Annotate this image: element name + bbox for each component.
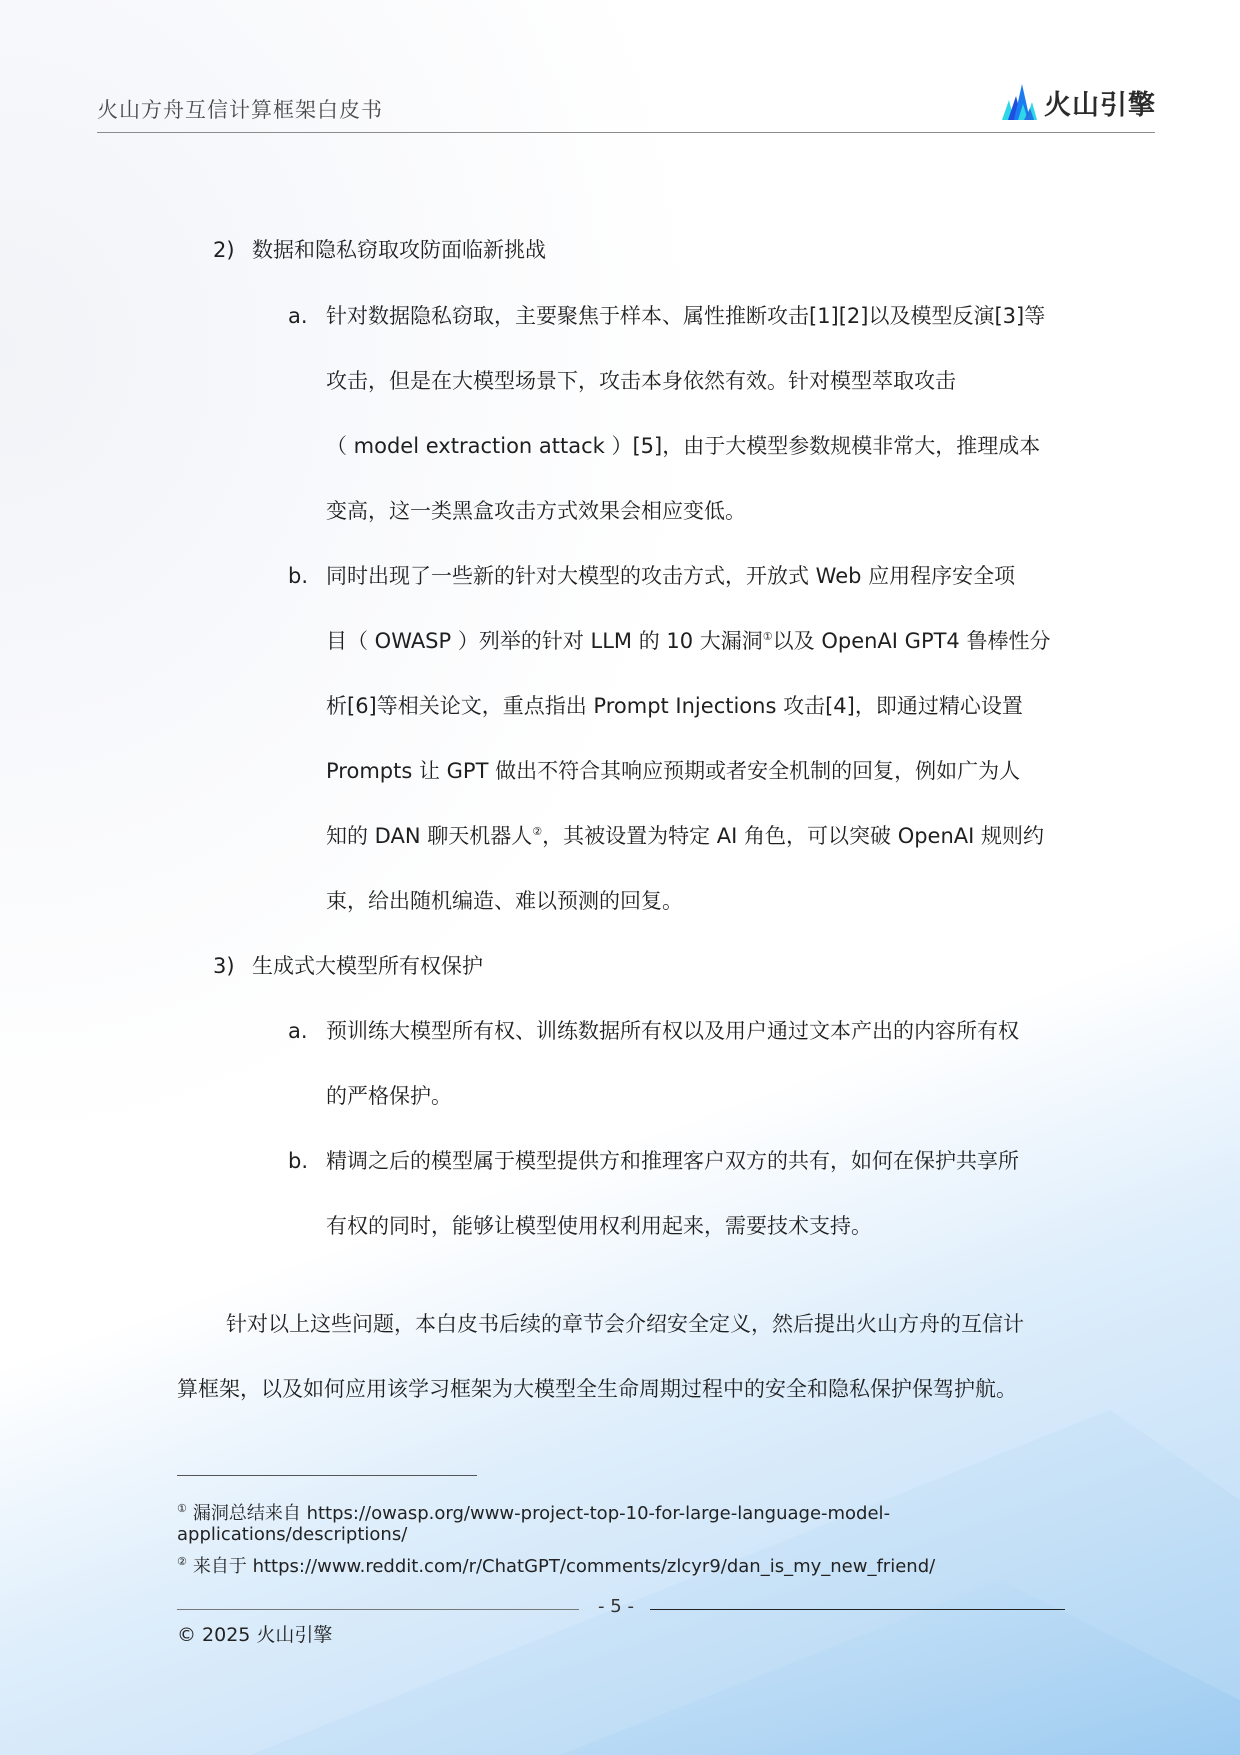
list-item-line: 析[6]等相关论文，重点指出 Prompt Injections 攻击[4]，即… bbox=[326, 692, 1023, 720]
header-title: 火山方舟互信计算框架白皮书 bbox=[97, 94, 383, 124]
text-segment: ，其被设置为特定 AI 角色，可以突破 OpenAI 规则约 bbox=[542, 824, 1044, 848]
footer-divider-right bbox=[650, 1609, 1065, 1610]
list-marker: a. bbox=[288, 302, 308, 330]
footnote-mark: ② bbox=[177, 1555, 187, 1568]
footnote-mark: ① bbox=[177, 1502, 187, 1515]
list-item-line: Prompts 让 GPT 做出不符合其响应预期或者安全机制的回复，例如广为人 bbox=[326, 757, 1020, 785]
list-item-line: 预训练大模型所有权、训练数据所有权以及用户通过文本产出的内容所有权 bbox=[326, 1017, 1019, 1045]
footnote-divider bbox=[177, 1475, 477, 1476]
list-marker: b. bbox=[288, 1147, 308, 1175]
copyright: © 2025 火山引擎 bbox=[177, 1620, 332, 1647]
list-marker: 3) bbox=[213, 952, 235, 980]
footnote-text[interactable]: 漏洞总结来自 https://owasp.org/www-project-top… bbox=[193, 1503, 890, 1524]
list-item-line: （ model extraction attack ）[5]，由于大模型参数规模… bbox=[326, 432, 1040, 460]
paragraph-line: 算框架，以及如何应用该学习框架为大模型全生命周期过程中的安全和隐私保护保驾护航。 bbox=[177, 1375, 1017, 1403]
list-item-line: 变高，这一类黑盒攻击方式效果会相应变低。 bbox=[326, 497, 746, 525]
list-marker: 2) bbox=[213, 236, 235, 264]
text-segment: 知的 DAN 聊天机器人 bbox=[326, 824, 532, 848]
footnote-text[interactable]: 来自于 https://www.reddit.com/r/ChatGPT/com… bbox=[193, 1556, 935, 1577]
page-number: - 5 - bbox=[590, 1596, 642, 1617]
list-item-line: 针对数据隐私窃取，主要聚焦于样本、属性推断攻击[1][2]以及模型反演[3]等 bbox=[326, 302, 1045, 330]
volcano-mountain-logo-icon bbox=[1000, 82, 1038, 122]
list-item-line: 束，给出随机编造、难以预测的回复。 bbox=[326, 887, 683, 915]
list-item-line: 有权的同时，能够让模型使用权利用起来，需要技术支持。 bbox=[326, 1212, 872, 1240]
footnote-1: ①漏洞总结来自 https://owasp.org/www-project-to… bbox=[177, 1497, 890, 1526]
list-item-line: 知的 DAN 聊天机器人②，其被设置为特定 AI 角色，可以突破 OpenAI … bbox=[326, 822, 1044, 850]
footer-divider-left bbox=[177, 1609, 579, 1610]
footnote-ref-2[interactable]: ② bbox=[532, 825, 542, 838]
list-item-line: 攻击，但是在大模型场景下，攻击本身依然有效。针对模型萃取攻击 bbox=[326, 367, 956, 395]
brand-logo: 火山引擎 bbox=[1000, 82, 1156, 122]
list-item-line: 同时出现了一些新的针对大模型的攻击方式，开放式 Web 应用程序安全项 bbox=[326, 562, 1015, 590]
footnote-2: ②来自于 https://www.reddit.com/r/ChatGPT/co… bbox=[177, 1550, 935, 1579]
brand-name: 火山引擎 bbox=[1044, 83, 1156, 122]
footnote-ref-1[interactable]: ① bbox=[763, 630, 773, 643]
list-item-line: 精调之后的模型属于模型提供方和推理客户双方的共有，如何在保护共享所 bbox=[326, 1147, 1019, 1175]
section-heading: 生成式大模型所有权保护 bbox=[252, 952, 483, 980]
text-segment: 以及 OpenAI GPT4 鲁棒性分 bbox=[773, 629, 1051, 653]
list-item-line: 目（ OWASP ）列举的针对 LLM 的 10 大漏洞①以及 OpenAI G… bbox=[326, 627, 1050, 655]
text-segment: 目（ OWASP ）列举的针对 LLM 的 10 大漏洞 bbox=[326, 629, 763, 653]
list-item-line: 的严格保护。 bbox=[326, 1082, 452, 1110]
footnote-1-continued[interactable]: applications/descriptions/ bbox=[177, 1523, 407, 1547]
document-page: 火山方舟互信计算框架白皮书 火山引擎 2) 数据和隐私窃取攻防面临新挑战 a. … bbox=[0, 0, 1240, 1755]
paragraph-line: 针对以上这些问题，本白皮书后续的章节会介绍安全定义，然后提出火山方舟的互信计 bbox=[226, 1310, 1024, 1338]
list-marker: a. bbox=[288, 1017, 308, 1045]
list-marker: b. bbox=[288, 562, 308, 590]
header-divider bbox=[97, 132, 1155, 133]
section-heading: 数据和隐私窃取攻防面临新挑战 bbox=[252, 236, 546, 264]
